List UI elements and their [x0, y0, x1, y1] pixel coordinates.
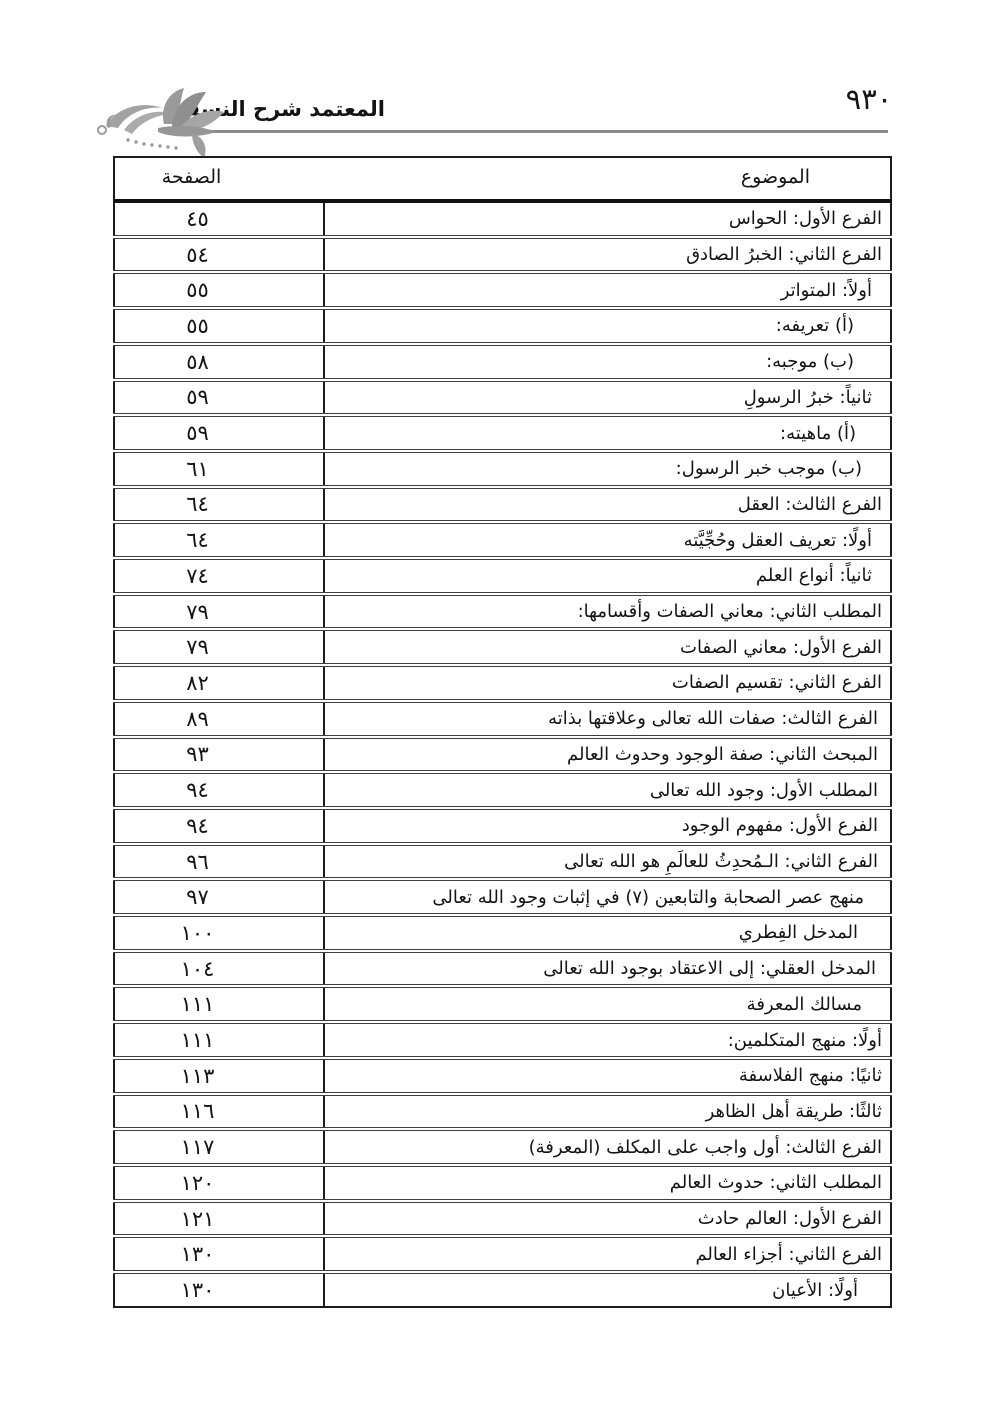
toc-page-cell: ٧٤	[114, 558, 324, 594]
toc-page-cell: ٦١	[114, 451, 324, 487]
toc-page-cell: ٥٥	[114, 308, 324, 344]
toc-topic-cell: ثانيًا: منهج الفلاسفة	[324, 1058, 891, 1094]
toc-topic-cell: مسالك المعرفة	[324, 986, 891, 1022]
toc-page-cell: ١٣٠	[114, 1272, 324, 1307]
toc-row: أولًا: تعريف العقل وحُجِّيَّته ٦٤	[114, 522, 891, 558]
toc-row: الفرع الأول: العالم حادث ١٢١	[114, 1201, 891, 1237]
toc-row: (أ) تعريفه: ٥٥	[114, 308, 891, 344]
header-rule	[205, 130, 888, 133]
toc-row: الفرع الأول: مفهوم الوجود ٩٤	[114, 808, 891, 844]
floral-flourish-icon	[94, 84, 234, 160]
toc-row: الفرع الثاني: الخبرُ الصادق ٥٤	[114, 237, 891, 273]
toc-page-cell: ٨٢	[114, 665, 324, 701]
toc-row: المدخل العقلي: إلى الاعتقاد بوجود الله ت…	[114, 951, 891, 987]
toc-row: منهج عصر الصحابة والتابعين (٧) في إثبات …	[114, 879, 891, 915]
toc-row: الفرع الثالث: صفات الله تعالى وعلاقتها ب…	[114, 701, 891, 737]
toc-topic-cell: الفرع الأول: الحواس	[324, 201, 891, 237]
toc-row: أولاً: المتواتر ٥٥	[114, 272, 891, 308]
toc-row: (ب) موجب خبر الرسول: ٦١	[114, 451, 891, 487]
toc-topic-cell: المطلب الثاني: معاني الصفات وأقسامها:	[324, 594, 891, 630]
toc-topic-cell: أولاً: المتواتر	[324, 272, 891, 308]
toc-row: المطلب الأول: وجود الله تعالى ٩٤	[114, 772, 891, 808]
toc-row: ثانياً: خبرُ الرسولِ ٥٩	[114, 380, 891, 416]
toc-topic-cell: المدخل العقلي: إلى الاعتقاد بوجود الله ت…	[324, 951, 891, 987]
toc-page-cell: ١٢٠	[114, 1165, 324, 1201]
toc-topic-cell: الفرع الثاني: الـمُحدِثُ للعالَمِ هو الل…	[324, 844, 891, 880]
toc-header-page: الصفحة	[114, 157, 324, 201]
toc-row: أولًا: الأعيان ١٣٠	[114, 1272, 891, 1307]
toc-page-cell: ٦٤	[114, 522, 324, 558]
toc-page-cell: ١١١	[114, 1022, 324, 1058]
toc-row: المطلب الثاني: حدوث العالم ١٢٠	[114, 1165, 891, 1201]
toc-topic-cell: ثانياً: خبرُ الرسولِ	[324, 380, 891, 416]
toc-page-cell: ٩٦	[114, 844, 324, 880]
toc-topic-cell: (ب) موجبه:	[324, 344, 891, 380]
toc-topic-cell: المبحث الثاني: صفة الوجود وحدوث العالم	[324, 737, 891, 773]
toc-row: مسالك المعرفة ١١١	[114, 986, 891, 1022]
toc-topic-cell: (أ) تعريفه:	[324, 308, 891, 344]
toc-table: الموضوع الصفحة الفرع الأول: الحواس ٤٥ ال…	[113, 156, 892, 1308]
toc-topic-cell: الفرع الأول: العالم حادث	[324, 1201, 891, 1237]
toc-page-cell: ٥٩	[114, 380, 324, 416]
toc-page-cell: ٨٩	[114, 701, 324, 737]
toc-page-cell: ٥٤	[114, 237, 324, 273]
toc-page-cell: ٩٧	[114, 879, 324, 915]
toc-page-cell: ١١١	[114, 986, 324, 1022]
toc-page-cell: ٥٨	[114, 344, 324, 380]
toc-topic-cell: الفرع الثالث: صفات الله تعالى وعلاقتها ب…	[324, 701, 891, 737]
toc-page-cell: ١٢١	[114, 1201, 324, 1237]
toc-row: الفرع الثاني: تقسيم الصفات ٨٢	[114, 665, 891, 701]
toc-topic-cell: ثانياً: أنواع العلم	[324, 558, 891, 594]
toc-row: أولًا: منهج المتكلمين: ١١١	[114, 1022, 891, 1058]
toc-row: الفرع الثاني: أجزاء العالم ١٣٠	[114, 1236, 891, 1272]
toc-page-cell: ٩٤	[114, 808, 324, 844]
toc-topic-cell: الفرع الثاني: تقسيم الصفات	[324, 665, 891, 701]
toc-topic-cell: المدخل الفِطري	[324, 915, 891, 951]
toc-page-cell: ٥٥	[114, 272, 324, 308]
toc-row: الفرع الثالث: أول واجب على المكلف (المعر…	[114, 1129, 891, 1165]
toc-page-cell: ١١٦	[114, 1094, 324, 1130]
toc-topic-cell: منهج عصر الصحابة والتابعين (٧) في إثبات …	[324, 879, 891, 915]
toc-topic-cell: أولًا: منهج المتكلمين:	[324, 1022, 891, 1058]
toc-row: المطلب الثاني: معاني الصفات وأقسامها: ٧٩	[114, 594, 891, 630]
toc-topic-cell: الفرع الثالث: أول واجب على المكلف (المعر…	[324, 1129, 891, 1165]
toc-row: (أ) ماهيته: ٥٩	[114, 415, 891, 451]
toc-row: ثانيًا: منهج الفلاسفة ١١٣	[114, 1058, 891, 1094]
toc-topic-cell: الفرع الثاني: أجزاء العالم	[324, 1236, 891, 1272]
toc-page-cell: ٤٥	[114, 201, 324, 237]
toc-topic-cell: أولًا: الأعيان	[324, 1272, 891, 1307]
page-number: ٩٣٠	[839, 82, 899, 116]
toc-row: الفرع الثالث: العقل ٦٤	[114, 487, 891, 523]
toc-row: الفرع الثاني: الـمُحدِثُ للعالَمِ هو الل…	[114, 844, 891, 880]
toc-topic-cell: المطلب الثاني: حدوث العالم	[324, 1165, 891, 1201]
toc-topic-cell: (ب) موجب خبر الرسول:	[324, 451, 891, 487]
toc-page-cell: ١١٧	[114, 1129, 324, 1165]
toc-topic-cell: الفرع الثاني: الخبرُ الصادق	[324, 237, 891, 273]
toc-page-cell: ١٣٠	[114, 1236, 324, 1272]
toc-row: ثالثًا: طريقة أهل الظاهر ١١٦	[114, 1094, 891, 1130]
toc-topic-cell: أولًا: تعريف العقل وحُجِّيَّته	[324, 522, 891, 558]
toc-page-cell: ٧٩	[114, 629, 324, 665]
toc-topic-cell: الفرع الثالث: العقل	[324, 487, 891, 523]
toc-row: الفرع الأول: الحواس ٤٥	[114, 201, 891, 237]
toc-topic-cell: المطلب الأول: وجود الله تعالى	[324, 772, 891, 808]
toc-page-cell: ٩٤	[114, 772, 324, 808]
toc-page-cell: ٥٩	[114, 415, 324, 451]
toc-row: المدخل الفِطري ١٠٠	[114, 915, 891, 951]
toc-topic-cell: (أ) ماهيته:	[324, 415, 891, 451]
toc-topic-cell: الفرع الأول: معاني الصفات	[324, 629, 891, 665]
toc-row: (ب) موجبه: ٥٨	[114, 344, 891, 380]
toc-topic-cell: ثالثًا: طريقة أهل الظاهر	[324, 1094, 891, 1130]
toc-page-cell: ١٠٤	[114, 951, 324, 987]
toc-row: المبحث الثاني: صفة الوجود وحدوث العالم ٩…	[114, 737, 891, 773]
toc-page-cell: ١٠٠	[114, 915, 324, 951]
toc-page-cell: ١١٣	[114, 1058, 324, 1094]
toc-topic-cell: الفرع الأول: مفهوم الوجود	[324, 808, 891, 844]
toc-row: ثانياً: أنواع العلم ٧٤	[114, 558, 891, 594]
toc-page-cell: ٦٤	[114, 487, 324, 523]
toc-page-cell: ٩٣	[114, 737, 324, 773]
toc-row: الفرع الأول: معاني الصفات ٧٩	[114, 629, 891, 665]
scanned-book-page: ٩٣٠ المعتمد شرح النسفية الموضوع	[0, 0, 1004, 1418]
toc-header-row: الموضوع الصفحة	[114, 157, 891, 201]
toc-page-cell: ٧٩	[114, 594, 324, 630]
toc-header-topic: الموضوع	[324, 157, 891, 201]
